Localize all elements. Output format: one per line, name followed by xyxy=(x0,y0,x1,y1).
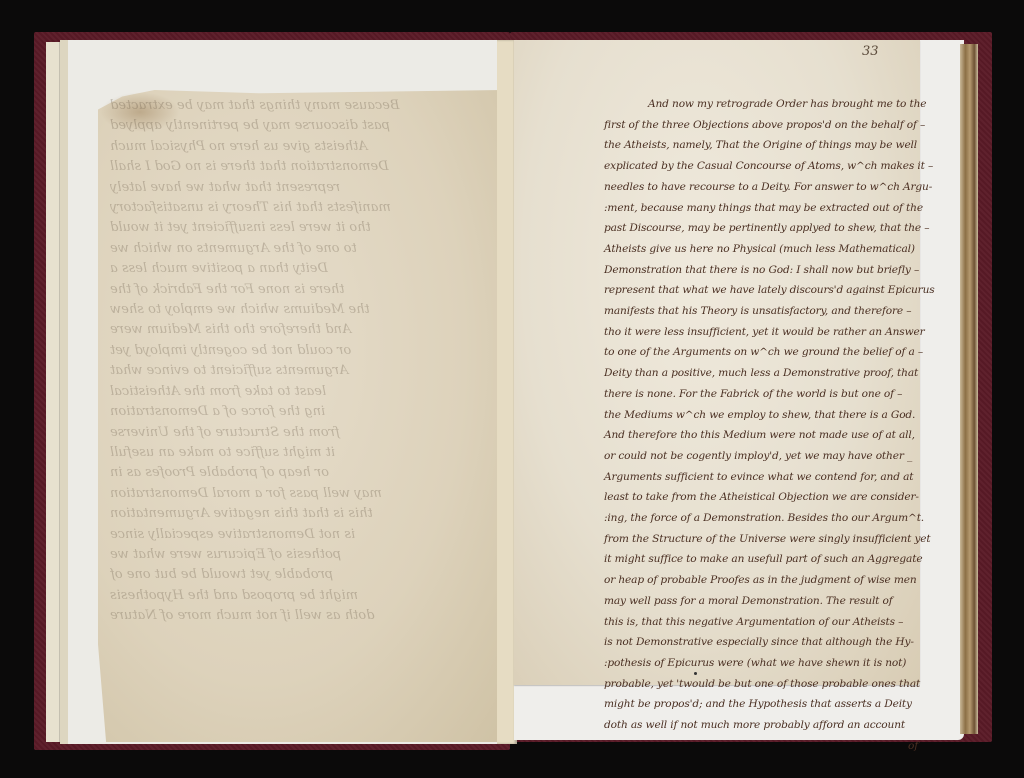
text-line: :pothesis of Epicurus were (what we have… xyxy=(604,653,926,674)
text-line: from the Structure of the Universe were … xyxy=(604,529,926,550)
text-line: :ing, the force of a Demonstration. Besi… xyxy=(604,508,926,529)
text-line: :ment, because many things that may be e… xyxy=(604,198,926,219)
text-line: probable, yet 'twould be but one of thos… xyxy=(604,674,926,695)
text-line: And now my retrograde Order has brought … xyxy=(604,94,926,115)
text-line: the Atheists, namely, That the Origine o… xyxy=(604,135,926,156)
text-line: might be propos'd; and the Hypothesis th… xyxy=(604,694,926,715)
text-line: Atheists give us here no Physical (much … xyxy=(604,239,926,260)
text-line: Demonstration that there is no God: I sh… xyxy=(604,260,926,281)
mount-hinge-left xyxy=(60,40,68,744)
text-line: explicated by the Casual Concourse of At… xyxy=(604,156,926,177)
folio-number: 33 xyxy=(862,44,879,59)
text-line: Deity than a positive, much less a Demon… xyxy=(604,363,926,384)
text-line: past Discourse, may be pertinently apply… xyxy=(604,218,926,239)
text-line: needles to have recourse to a Deity. For… xyxy=(604,177,926,198)
text-line: tho it were less insufficient, yet it wo… xyxy=(604,322,926,343)
bleed-through-text: Because many things that may be extracte… xyxy=(110,96,495,696)
text-line: to one of the Arguments on w^ch we groun… xyxy=(604,342,926,363)
text-line: And therefore tho this Medium were not m… xyxy=(604,425,926,446)
text-line: Arguments sufficient to evince what we c… xyxy=(604,467,926,488)
text-line: is not Demonstrative especially since th… xyxy=(604,632,926,653)
text-line: this is, that this negative Argumentatio… xyxy=(604,612,926,633)
text-line: doth as well if not much more probably a… xyxy=(604,715,926,736)
text-line: the Mediums w^ch we employ to shew, that… xyxy=(604,405,926,426)
text-line: manifests that his Theory is unsatisfact… xyxy=(604,301,926,322)
catchword: of xyxy=(604,736,926,757)
text-line: it might suffice to make an usefull part… xyxy=(604,549,926,570)
ink-speck xyxy=(694,672,697,675)
page-fore-edge xyxy=(960,44,978,734)
text-line: or could not be cogently imploy'd, yet w… xyxy=(604,446,926,467)
text-line: or heap of probable Proofes as in the ju… xyxy=(604,570,926,591)
text-line: there is none. For the Fabrick of the wo… xyxy=(604,384,926,405)
text-line: represent that what we have lately disco… xyxy=(604,280,926,301)
guard-strip-left xyxy=(46,42,60,742)
text-line: first of the three Objections above prop… xyxy=(604,115,926,136)
manuscript-text: And now my retrograde Order has brought … xyxy=(604,94,926,757)
text-line: least to take from the Atheistical Objec… xyxy=(604,487,926,508)
text-line: may well pass for a moral Demonstration.… xyxy=(604,591,926,612)
